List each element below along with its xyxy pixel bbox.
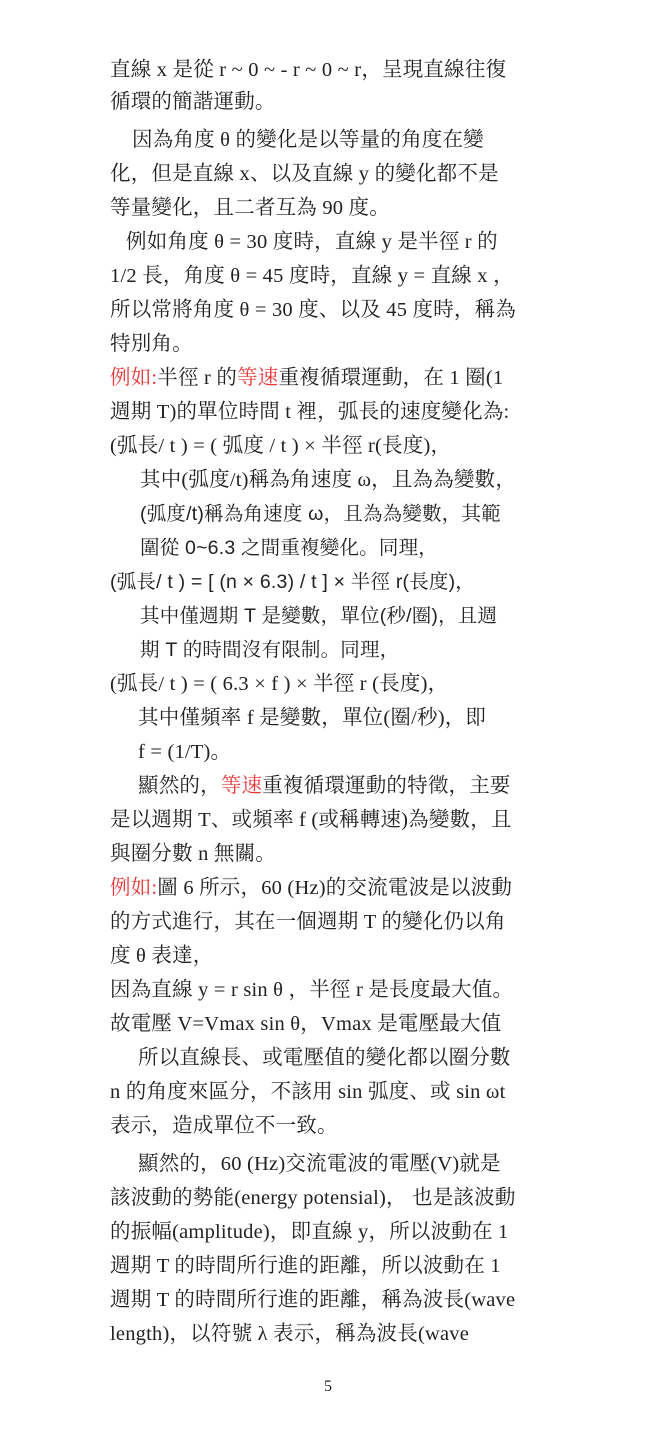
text-segment: 重複循環運動的特徵，主要 — [262, 775, 510, 797]
text-segment: n 的角度來區分，不該用 sin 弧度、或 sin ωt — [110, 1081, 506, 1103]
text-segment: 因為直線 y = r sin θ ，半徑 r 是長度最大值。 — [110, 979, 513, 1001]
text-segment: 與圈分數 n 無關。 — [110, 843, 276, 865]
text-segment: 其中(弧度/t)稱為角速度 ω，且為為變數， — [140, 469, 516, 491]
text-segment: 表示，造成單位不一致。 — [110, 1115, 338, 1137]
text-segment: length)，以符號 λ 表示，稱為波長(wave — [110, 1323, 469, 1345]
text-segment: 度 θ 表達， — [110, 945, 213, 967]
text-line: 顯然的，60 (Hz)交流電波的電壓(V)就是 — [138, 1150, 501, 1178]
text-line: 週期 T 的時間所行進的距離，所以波動在 1 — [110, 1252, 501, 1280]
text-line: 與圈分數 n 無關。 — [110, 840, 276, 868]
highlighted-text: 例如: — [110, 877, 157, 899]
text-line: 特別角。 — [110, 330, 193, 358]
text-line: 化，但是直線 x、以及直線 y 的變化都不是 — [110, 160, 499, 188]
text-segment: 該波動的勢能(energy potensial)， 也是該波動 — [110, 1187, 516, 1209]
text-segment: 化，但是直線 x、以及直線 y 的變化都不是 — [110, 163, 499, 185]
text-line: 是以週期 T、或頻率 f (或稱轉速)為變數，且 — [110, 806, 512, 834]
text-line: 所以直線長、或電壓值的變化都以圈分數 — [138, 1044, 511, 1072]
text-line: 顯然的，等速重複循環運動的特徵，主要 — [138, 772, 511, 800]
text-segment: 故電壓 V=Vmax sin θ，Vmax 是電壓最大值 — [110, 1013, 501, 1035]
text-segment: 所以直線長、或電壓值的變化都以圈分數 — [138, 1047, 511, 1069]
text-line: 其中僅頻率 f 是變數，單位(圈/秒)，即 — [138, 704, 486, 732]
text-segment: 所以常將角度 θ = 30 度、以及 45 度時，稱為 — [110, 299, 516, 321]
text-line: 的振幅(amplitude)，即直線 y，所以波動在 1 — [110, 1218, 508, 1246]
text-segment: 其中僅週期 T 是變數，單位(秒/圈)，且週 — [140, 605, 497, 627]
text-segment: 是以週期 T、或頻率 f (或稱轉速)為變數，且 — [110, 809, 512, 831]
highlighted-text: 等速 — [237, 367, 278, 389]
text-line: 例如:圖 6 所示，60 (Hz)的交流電波是以波動 — [110, 874, 512, 902]
text-line: 因為角度 θ 的變化是以等量的角度在變 — [132, 126, 484, 154]
text-segment: 的振幅(amplitude)，即直線 y，所以波動在 1 — [110, 1221, 508, 1243]
text-line: n 的角度來區分，不該用 sin 弧度、或 sin ωt — [110, 1078, 506, 1106]
text-segment: 期 T 的時間沒有限制。同理， — [140, 639, 399, 661]
text-line: 例如角度 θ = 30 度時，直線 y 是半徑 r 的 — [126, 228, 498, 256]
text-line: 週期 T)的單位時間 t 裡，弧長的速度變化為: — [110, 398, 509, 426]
text-segment: 的方式進行，其在一個週期 T 的變化仍以角 — [110, 911, 506, 933]
text-segment: 週期 T 的時間所行進的距離，稱為波長(wave — [110, 1289, 515, 1311]
text-segment: 特別角。 — [110, 333, 193, 355]
text-segment: 因為角度 θ 的變化是以等量的角度在變 — [132, 129, 484, 151]
text-segment: 顯然的，60 (Hz)交流電波的電壓(V)就是 — [138, 1153, 501, 1175]
text-line: f = (1/T)。 — [138, 738, 231, 766]
text-line: 其中僅週期 T 是變數，單位(秒/圈)，且週 — [140, 602, 497, 630]
text-line: 期 T 的時間沒有限制。同理， — [140, 636, 399, 664]
text-segment: 等量變化，且二者互為 90 度。 — [110, 197, 390, 219]
text-line: 圍從 0~6.3 之間重複變化。同理， — [140, 534, 438, 562]
text-line: 直線 x 是從 r ~ 0 ~ - r ~ 0 ~ r，呈現直線往復 — [110, 56, 506, 84]
text-line: 該波動的勢能(energy potensial)， 也是該波動 — [110, 1184, 516, 1212]
text-segment: (弧長/ t ) = ( 6.3 × f ) × 半徑 r (長度)， — [110, 673, 448, 695]
text-line: 所以常將角度 θ = 30 度、以及 45 度時，稱為 — [110, 296, 516, 324]
text-segment: 圍從 0~6.3 之間重複變化。同理， — [140, 537, 438, 559]
highlighted-text: 例如: — [110, 367, 157, 389]
text-segment: 圖 6 所示，60 (Hz)的交流電波是以波動 — [157, 877, 512, 899]
text-line: 表示，造成單位不一致。 — [110, 1112, 338, 1140]
text-line: 週期 T 的時間所行進的距離，稱為波長(wave — [110, 1286, 515, 1314]
text-segment: 例如角度 θ = 30 度時，直線 y 是半徑 r 的 — [126, 231, 498, 253]
text-segment: 週期 T 的時間所行進的距離，所以波動在 1 — [110, 1255, 501, 1277]
text-line: length)，以符號 λ 表示，稱為波長(wave — [110, 1320, 469, 1348]
text-line: (弧長/ t ) = ( 弧度 / t ) × 半徑 r(長度)， — [110, 432, 451, 460]
text-segment: 1/2 長，角度 θ = 45 度時，直線 y = 直線 x ， — [110, 265, 514, 287]
text-line: 因為直線 y = r sin θ ，半徑 r 是長度最大值。 — [110, 976, 513, 1004]
text-line: (弧長/ t ) = [ (n × 6.3) / t ] × 半徑 r(長度)， — [110, 568, 475, 596]
text-segment: 半徑 r 的 — [157, 367, 237, 389]
text-segment: 直線 x 是從 r ~ 0 ~ - r ~ 0 ~ r，呈現直線往復 — [110, 59, 506, 81]
text-segment: f = (1/T)。 — [138, 741, 231, 763]
text-line: 度 θ 表達， — [110, 942, 213, 970]
text-line: 例如:半徑 r 的等速重複循環運動，在 1 圈(1 — [110, 364, 503, 392]
text-segment: 週期 T)的單位時間 t 裡，弧長的速度變化為: — [110, 401, 509, 423]
text-line: 1/2 長，角度 θ = 45 度時，直線 y = 直線 x ， — [110, 262, 514, 290]
highlighted-text: 等速 — [221, 775, 262, 797]
text-segment: 循環的簡諧運動。 — [110, 91, 276, 113]
text-segment: (弧長/ t ) = [ (n × 6.3) / t ] × 半徑 r(長度)， — [110, 571, 475, 593]
text-line: (弧長/ t ) = ( 6.3 × f ) × 半徑 r (長度)， — [110, 670, 448, 698]
text-line: 其中(弧度/t)稱為角速度 ω，且為為變數， — [140, 466, 516, 494]
text-line: 循環的簡諧運動。 — [110, 88, 276, 116]
text-segment: (弧長/ t ) = ( 弧度 / t ) × 半徑 r(長度)， — [110, 435, 451, 457]
text-segment: 其中僅頻率 f 是變數，單位(圈/秒)，即 — [138, 707, 486, 729]
text-line: 故電壓 V=Vmax sin θ，Vmax 是電壓最大值 — [110, 1010, 501, 1038]
text-line: 的方式進行，其在一個週期 T 的變化仍以角 — [110, 908, 506, 936]
text-line: 等量變化，且二者互為 90 度。 — [110, 194, 390, 222]
text-segment: 重複循環運動，在 1 圈(1 — [278, 367, 503, 389]
page-number: 5 — [0, 1378, 656, 1396]
text-line: (弧度/t)稱為角速度 ω，且為為變數，其範 — [140, 500, 501, 528]
text-segment: 顯然的， — [138, 775, 221, 797]
text-segment: (弧度/t)稱為角速度 ω，且為為變數，其範 — [140, 503, 501, 525]
